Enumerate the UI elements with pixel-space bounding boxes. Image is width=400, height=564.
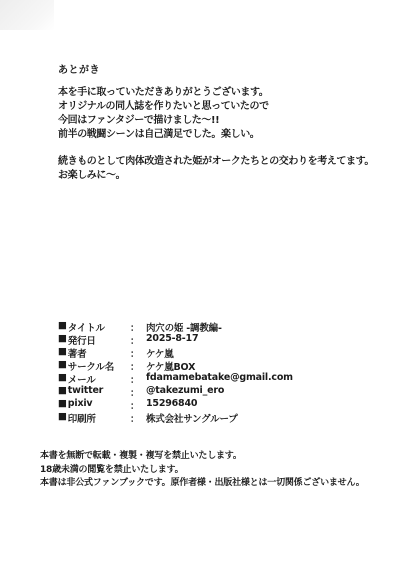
colophon-separator: ： [130,372,146,386]
afterword-line: 今回はファンタジーで描けました～!! [58,114,378,128]
square-bullet-icon: ■ [58,411,67,425]
colophon-row-printer: ■印刷所 ： 株式会社サングループ [58,411,378,424]
legal-line-unofficial-fanbook: 本書は非公式ファンブックです。原作者様・出版社様とは一切関係ございません。 [40,477,390,491]
paragraph-gap [58,142,378,155]
colophon-list: ■タイトル ： 肉穴の姫 -調教編- ■発行日 ： 2025-8-17 ■著者 … [58,320,378,424]
colophon-value: fdamamebatake@gmail.com [146,372,378,383]
colophon-value: ケケ嵐BOX [146,359,378,373]
colophon-label: 著者 [68,346,87,360]
afterword-page: あとがき 本を手に取っていただきありがとうございます。 オリジナルの同人誌を作り… [0,0,400,564]
colophon-value: ケケ嵐 [146,346,378,360]
colophon-label: twitter [68,385,103,396]
afterword-line: オリジナルの同人誌を作りたいと思っていたので [58,100,378,114]
colophon-separator: ： [130,411,146,425]
colophon-separator: ： [130,398,146,412]
colophon-value: 株式会社サングループ [146,411,378,425]
colophon-row-email: ■メール ： fdamamebatake@gmail.com [58,372,378,385]
square-bullet-icon: ■ [58,398,67,409]
colophon-label: タイトル [68,320,105,334]
colophon-separator: ： [130,333,146,347]
scan-artifact [0,0,54,30]
afterword-heading: あとがき [58,61,100,76]
square-bullet-icon: ■ [58,385,67,396]
square-bullet-icon: ■ [58,372,67,386]
colophon-label: メール [68,372,96,386]
square-bullet-icon: ■ [58,346,67,360]
colophon-separator: ： [130,346,146,360]
colophon-row-title: ■タイトル ： 肉穴の姫 -調教編- [58,320,378,333]
colophon-label: pixiv [68,398,93,409]
afterword-line: 前半の戦闘シーンは自己満足でした。楽しい。 [58,128,378,142]
afterword-line: お楽しみに～。 [58,169,378,183]
colophon-separator: ： [130,359,146,373]
colophon-label: サークル名 [68,359,114,373]
colophon-value: 肉穴の姫 -調教編- [146,320,378,334]
legal-line-age-restriction: 18歳未満の閲覧を禁止いたします。 [40,464,390,478]
colophon-value: @takezumi_ero [146,385,378,396]
colophon-row-author: ■著者 ： ケケ嵐 [58,346,378,359]
afterword-body: 本を手に取っていただきありがとうございます。 オリジナルの同人誌を作りたいと思っ… [58,86,378,183]
colophon-separator: ： [130,385,146,399]
colophon-label: 印刷所 [68,411,96,425]
colophon-row-publish-date: ■発行日 ： 2025-8-17 [58,333,378,346]
square-bullet-icon: ■ [58,359,67,373]
colophon-label: 発行日 [68,333,96,347]
square-bullet-icon: ■ [58,320,67,334]
colophon-value: 15296840 [146,398,378,409]
colophon-value: 2025-8-17 [146,333,378,344]
afterword-line: 続きものとして肉体改造された姫がオークたちとの交わりを考えてます。 [58,155,378,169]
colophon-row-pixiv: ■pixiv ： 15296840 [58,398,378,411]
colophon-row-circle-name: ■サークル名 ： ケケ嵐BOX [58,359,378,372]
legal-notices: 本書を無断で転載・複製・複写を禁止いたします。 18歳未満の閲覧を禁止いたします… [40,450,390,491]
afterword-line: 本を手に取っていただきありがとうございます。 [58,86,378,100]
square-bullet-icon: ■ [58,333,67,347]
colophon-row-twitter: ■twitter ： @takezumi_ero [58,385,378,398]
colophon-separator: ： [130,320,146,334]
legal-line-no-reproduction: 本書を無断で転載・複製・複写を禁止いたします。 [40,450,390,464]
